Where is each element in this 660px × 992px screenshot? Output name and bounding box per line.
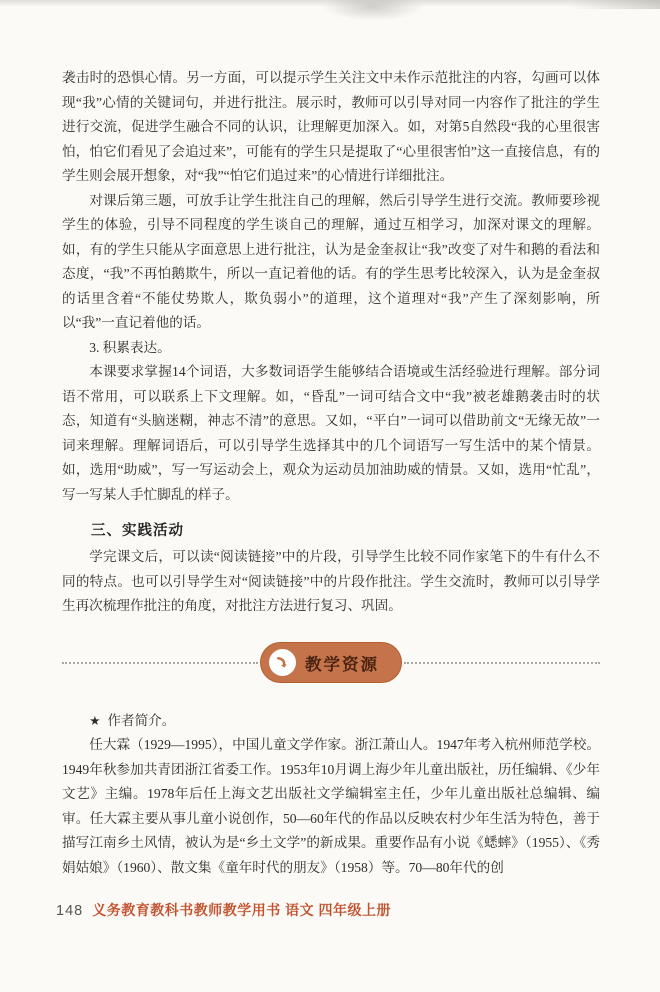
star-icon: ★ <box>89 714 100 728</box>
teaching-resources-banner: 教学资源 <box>260 642 402 683</box>
paragraph: 本课要求掌握14个词语，大多数词语学生能够结合语境或生活经验进行理解。部分词语不… <box>62 360 600 507</box>
author-bio-paragraph: 任大霖（1929—1995），中国儿童文学作家。浙江萧山人。1947年考入杭州师… <box>62 733 600 880</box>
paragraph-continuation: 袭击时的恐惧心情。另一方面，可以提示学生关注文中未作示范批注的内容，勾画可以体现… <box>62 66 600 189</box>
paragraph: 学完课文后，可以读“阅读链接”中的片段，引导学生比较不同作家笔下的牛有什么不同的… <box>62 545 600 619</box>
page-number: 148 <box>56 903 83 919</box>
paragraph: 对课后第三题，可放手让学生批注自己的理解，然后引导学生进行交流。教师要珍视学生的… <box>62 189 600 336</box>
teaching-resources-banner-row: 教学资源 <box>62 643 600 683</box>
page-footer: 148 义务教育教科书教师教学用书 语文 四年级上册 <box>56 900 391 920</box>
scan-corner-shade <box>510 0 660 9</box>
dotted-divider-left <box>62 662 258 664</box>
resource-item-heading: ★作者简介。 <box>62 709 600 734</box>
banner-label: 教学资源 <box>305 651 379 675</box>
scan-smudge <box>318 0 428 22</box>
section-heading-practice: 三、实践活动 <box>62 520 600 542</box>
resource-item-title: 作者简介。 <box>107 713 175 728</box>
numbered-point-heading: 3. 积累表达。 <box>62 336 600 361</box>
scanned-book-page: 袭击时的恐惧心情。另一方面，可以提示学生关注文中未作示范批注的内容，勾画可以体现… <box>0 0 660 992</box>
book-title: 义务教育教科书教师教学用书 语文 四年级上册 <box>92 900 391 920</box>
down-arrow-icon <box>269 649 296 676</box>
page-body: 袭击时的恐惧心情。另一方面，可以提示学生关注文中未作示范批注的内容，勾画可以体现… <box>62 66 600 880</box>
dotted-divider-right <box>404 662 600 664</box>
